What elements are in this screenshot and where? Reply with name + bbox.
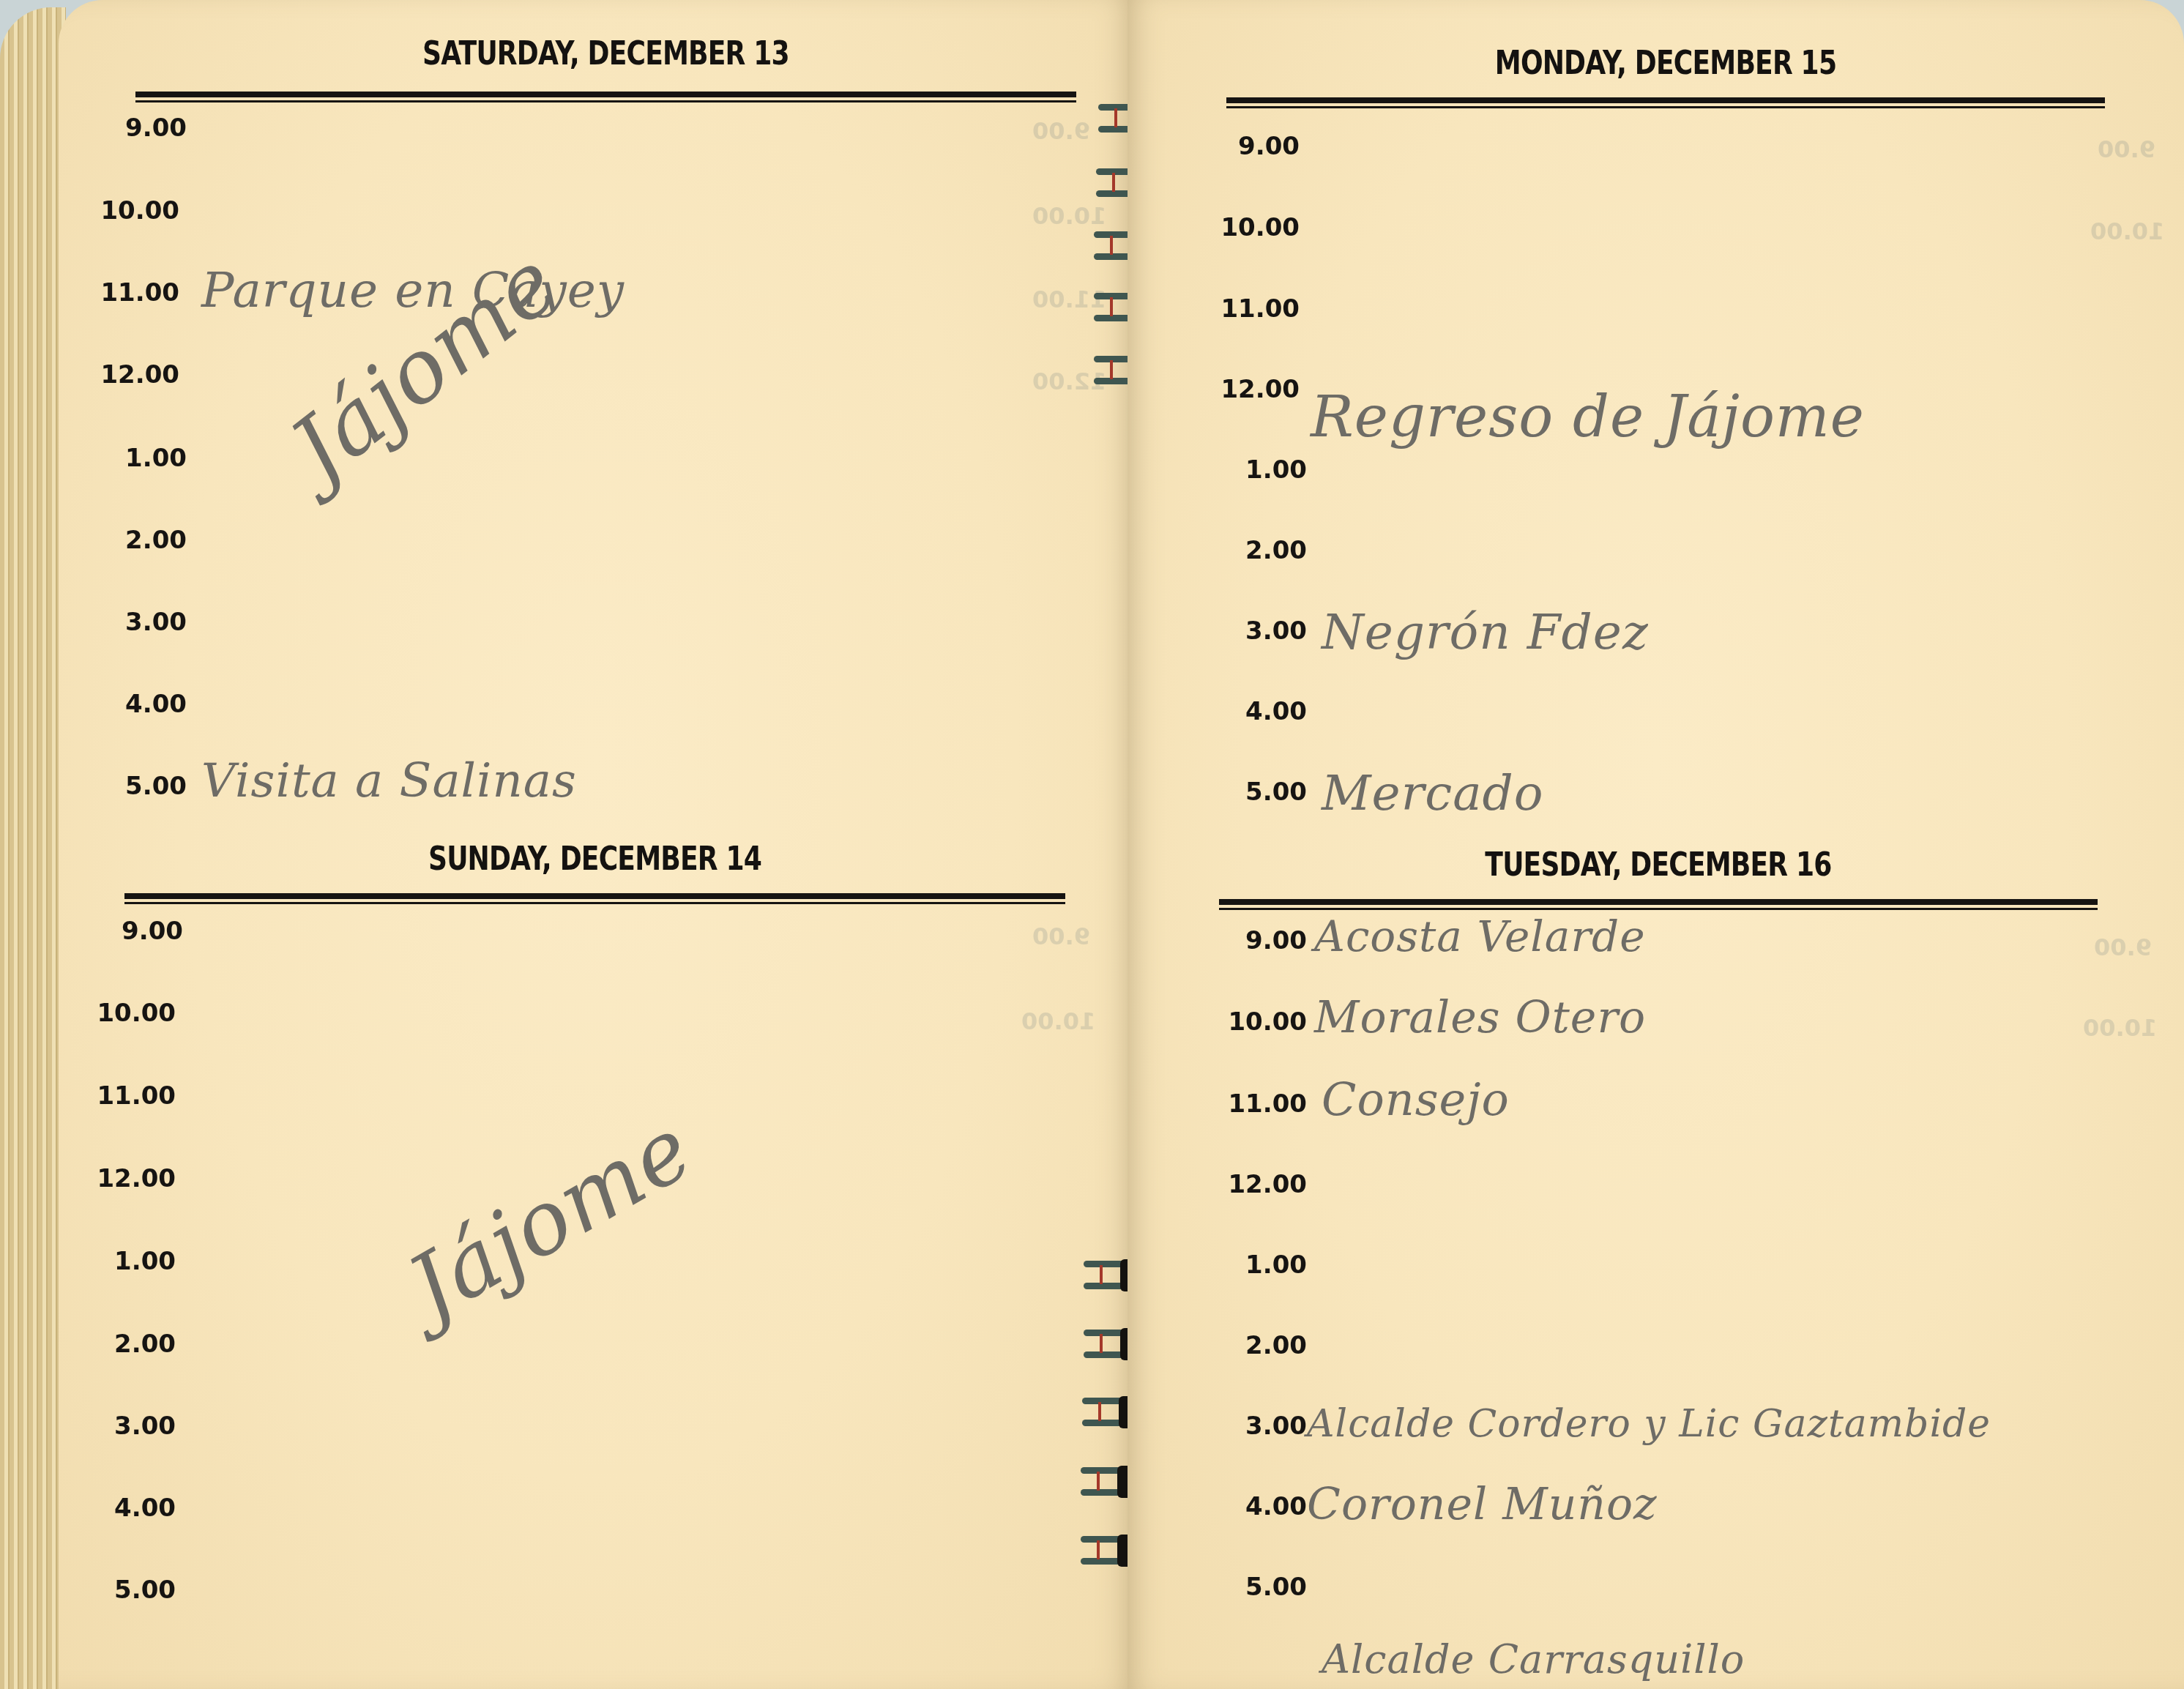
time-label: 3.00 [106, 608, 187, 637]
handwritten-entry: Visita a Salinas [201, 754, 577, 808]
time-label: 9.00 [106, 113, 187, 143]
bleed-through-time: 10.00 [2083, 1014, 2157, 1042]
bleed-through-time: 9.00 [1032, 117, 1090, 145]
handwritten-entry: Jájome [392, 1097, 709, 1339]
time-slot[interactable]: 9.00 [103, 917, 1128, 961]
header-rule [135, 92, 1076, 103]
page-stack-edge [0, 7, 66, 1689]
bleed-through-time: 10.00 [1032, 202, 1106, 230]
time-label: 9.00 [1226, 926, 1307, 955]
day-title: SATURDAY, DECEMBER 13 [220, 35, 992, 72]
bleed-through-time: 10.00 [1021, 1007, 1095, 1035]
time-slot[interactable]: 11.00 [95, 1081, 1120, 1125]
time-label: 10.00 [1219, 213, 1300, 242]
time-label: 9.00 [1219, 132, 1300, 161]
time-slot[interactable]: 1.00 [1226, 455, 2184, 499]
time-slot[interactable]: 1.00 [106, 444, 1131, 488]
time-slot[interactable]: 5.00 [1226, 1573, 2184, 1617]
time-label: 4.00 [1226, 1492, 1307, 1521]
header-rule [124, 893, 1065, 905]
handwritten-entry: Regreso de Jájome [1311, 384, 1865, 450]
time-label: 12.00 [99, 360, 179, 389]
time-label: 11.00 [1226, 1089, 1307, 1119]
time-label: 5.00 [1226, 1573, 1307, 1602]
time-label: 11.00 [1219, 294, 1300, 324]
time-slot[interactable]: 2.00 [95, 1330, 1120, 1373]
time-label: 10.00 [95, 999, 176, 1028]
time-label: 5.00 [106, 772, 187, 801]
time-slot[interactable]: 1.00 [95, 1247, 1120, 1291]
handwritten-entry: Consejo [1322, 1073, 1510, 1126]
time-slot[interactable]: 2.00 [106, 526, 1131, 570]
time-label: 12.00 [95, 1164, 176, 1193]
day-title: MONDAY, DECEMBER 15 [1305, 45, 2026, 82]
time-label: 5.00 [95, 1576, 176, 1605]
time-label: 3.00 [1226, 1412, 1307, 1441]
time-label: 2.00 [1226, 1331, 1307, 1360]
header-rule [1226, 97, 2105, 109]
time-slot[interactable]: 3.00 [106, 608, 1131, 652]
time-label: 1.00 [1226, 455, 1307, 485]
time-slot[interactable]: 5.00 [95, 1576, 1120, 1619]
time-slot[interactable]: 9.00 [106, 113, 1131, 157]
day-saturday-dec-13: SATURDAY, DECEMBER 13 9.00 10.00 11.00 1… [135, 29, 1076, 805]
time-slot[interactable]: 1.00 [1226, 1250, 2184, 1294]
handwritten-entry: Coronel Muñoz [1307, 1479, 1658, 1530]
time-slot[interactable]: 2.00 [1226, 536, 2184, 580]
bleed-through-time: 9.00 [2094, 933, 2152, 961]
time-slot[interactable]: 9.00 [1219, 132, 2184, 176]
time-slot[interactable]: 4.00 [1226, 697, 2184, 741]
day-title: SUNDAY, DECEMBER 14 [209, 840, 981, 878]
time-label: 1.00 [95, 1247, 176, 1276]
time-label: 4.00 [1226, 697, 1307, 726]
time-label: 3.00 [95, 1412, 176, 1441]
bleed-through-time: 10.00 [2090, 217, 2164, 245]
time-slot[interactable]: 12.00 [99, 360, 1124, 404]
day-monday-dec-15: MONDAY, DECEMBER 15 9.00 10.00 11.00 12.… [1226, 40, 2105, 824]
time-label: 11.00 [99, 278, 179, 307]
time-slot[interactable]: 2.00 [1226, 1331, 2184, 1375]
left-page: SATURDAY, DECEMBER 13 9.00 10.00 11.00 1… [59, 0, 1135, 1689]
time-label: 1.00 [106, 444, 187, 473]
time-label: 4.00 [106, 690, 187, 719]
time-label: 12.00 [1219, 375, 1300, 404]
time-label: 9.00 [103, 917, 183, 946]
time-label: 10.00 [99, 196, 179, 225]
right-page: MONDAY, DECEMBER 15 9.00 10.00 11.00 12.… [1128, 0, 2184, 1689]
time-slot[interactable]: 3.00 [95, 1412, 1120, 1455]
time-slot[interactable]: 10.00 [1219, 213, 2184, 257]
day-sunday-dec-14: SUNDAY, DECEMBER 14 9.00 10.00 11.00 12.… [124, 835, 1065, 1677]
time-label: 11.00 [95, 1081, 176, 1111]
time-label: 12.00 [1226, 1170, 1307, 1199]
time-label: 5.00 [1226, 778, 1307, 807]
time-label: 2.00 [1226, 536, 1307, 565]
handwritten-entry: Alcalde Cordero y Lic Gaztambide [1307, 1402, 1991, 1446]
header-rule [1219, 899, 2098, 911]
time-label: 2.00 [106, 526, 187, 555]
bleed-through-time: 9.00 [2098, 135, 2155, 163]
time-label: 2.00 [95, 1330, 176, 1359]
time-slot[interactable]: 11.00 [1219, 294, 2184, 338]
time-label: 1.00 [1226, 1250, 1307, 1280]
time-label: 10.00 [1226, 1007, 1307, 1037]
day-tuesday-dec-16: TUESDAY, DECEMBER 16 9.00 10.00 11.00 12… [1219, 842, 2098, 1684]
time-slot[interactable]: 10.00 [99, 196, 1124, 240]
day-title: TUESDAY, DECEMBER 16 [1298, 846, 2019, 884]
time-slot[interactable]: 12.00 [1226, 1170, 2184, 1214]
handwritten-entry: Morales Otero [1314, 992, 1646, 1043]
handwritten-entry: Alcalde Carrasquillo [1322, 1636, 1745, 1682]
handwritten-entry: Negrón Fdez [1322, 604, 1649, 660]
time-slot[interactable]: 4.00 [106, 690, 1131, 734]
open-planner: SATURDAY, DECEMBER 13 9.00 10.00 11.00 1… [0, 0, 2184, 1689]
time-slot[interactable]: 10.00 [95, 999, 1120, 1043]
time-label: 3.00 [1226, 616, 1307, 646]
handwritten-entry: Mercado [1322, 765, 1543, 821]
time-label: 4.00 [95, 1494, 176, 1523]
bleed-through-time: 9.00 [1032, 922, 1090, 950]
handwritten-entry: Acosta Velarde [1314, 911, 1646, 961]
time-slot[interactable]: 4.00 [95, 1494, 1120, 1537]
